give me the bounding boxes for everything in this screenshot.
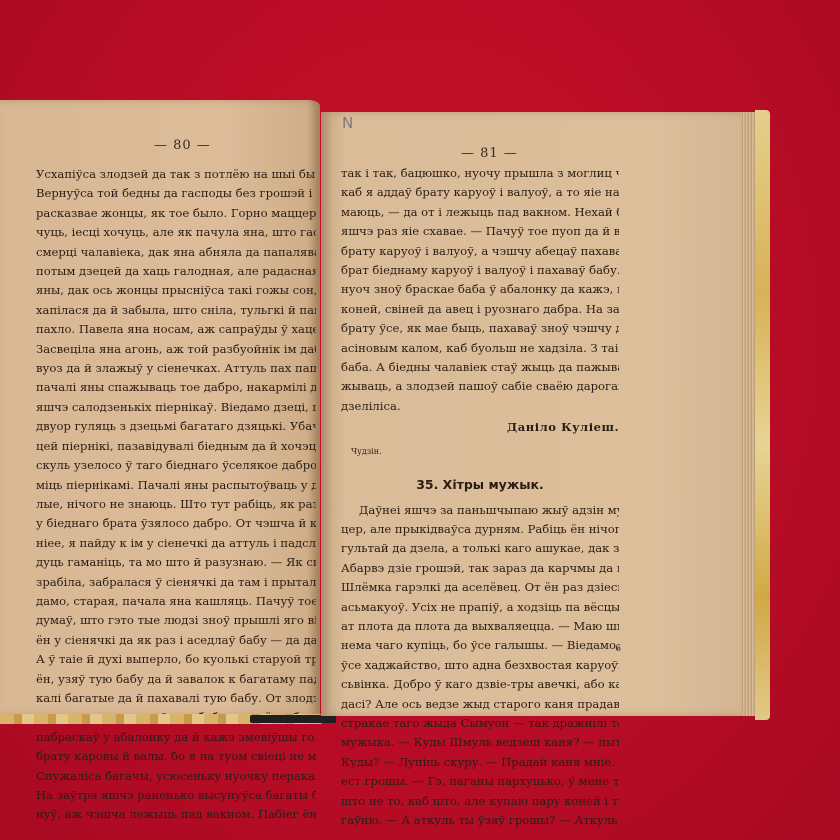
left-page: — 80 — Усхапіўса злодзей да так з потлёю… (0, 100, 320, 716)
text-line: вуоз да й злажыў у сіенечках. Аттуль пах… (36, 359, 316, 378)
text-line: цей піернікі, пазавідувалі біедным да й … (36, 437, 316, 456)
text-line: Усхапіўса злодзей да так з потлёю на шыі… (36, 165, 316, 184)
text-line: сьвінка. Добро ў каго дзвіе-тры авечкі, … (341, 675, 619, 694)
text-line: брату каровы й валы, бо я на туом свіеці… (36, 747, 316, 766)
section-heading: 35. Хітры мужык. (341, 475, 619, 494)
text-line: скуль узелосо ў таго біеднаго ўселякое д… (36, 456, 316, 475)
text-line: потым дзецей да хаць галодная, але радас… (36, 262, 316, 281)
text-line: стракае таго жыда Сымуон — так дражнілі … (341, 714, 619, 733)
text-line: цер, але прыкідваўса дурням. Рабіць ён н… (341, 520, 619, 539)
text-line: пачалі яны спажываць тое дабро, накарміл… (36, 378, 316, 397)
text-line: асіновым калом, каб буольш не хадзіла. З… (341, 339, 619, 358)
text-line: асьмакуоў. Усіх не прапіў, а ходзіць па … (341, 598, 619, 617)
signature-mark: 6 (615, 644, 621, 654)
text-line: што не то, каб што, але купаю пару коней… (341, 792, 619, 811)
text-line: Абарвэ дзіе грошэй, так зараз да карчмы … (341, 559, 619, 578)
text-line: нуоч зноў браскае баба ў абалонку да каж… (341, 280, 619, 299)
text-line: мужыка. — Куды Шмуль ведзеш каня? — пыта… (341, 733, 619, 752)
text-line: Засвеціла яна агонь, аж той разбуойнік і… (36, 340, 316, 359)
right-page-text: так і так, бацюшко, нуочу прышла з могли… (341, 164, 619, 830)
text-line: ат плота да плота да выхваляецца. — Маю … (341, 617, 619, 636)
text-line: нема чаго купіць, бо ўсе галышы. — Віеда… (341, 636, 619, 655)
text-line: гультай да дзела, а толькі каго ашукае, … (341, 539, 619, 558)
text-line: маюць, — да от і лежыць пад вакном. Неха… (341, 203, 619, 222)
source-note: Чудзін. (351, 442, 619, 461)
text-line: Даўнеі яшчэ за паньшчыпаю жыў адзін мужы… (341, 501, 619, 520)
text-line: дзеліліса. (341, 397, 619, 416)
text-line: чуць, іесці хочуць, але як пачула яна, ш… (36, 223, 316, 242)
cover-edge-right (755, 110, 770, 720)
text-line: брат біеднаму каруоў і валуоў і пахаваў … (341, 261, 619, 280)
text-line: На заўтра яшчэ раненько высунуўса багаты… (36, 786, 316, 805)
text-line: Спужаліса багачы, усюсеньку нуочку перак… (36, 767, 316, 786)
text-line: пахло. Павела яна носам, аж сапраўды ў х… (36, 320, 316, 339)
pencil-mark: N (342, 114, 353, 132)
text-line: дамо, старая, пачала яна кашляць. Пачуў … (36, 592, 316, 611)
text-line: ніее, я пайду к ім у сіенечкі да аттуль … (36, 534, 316, 553)
text-line: так і так, бацюшко, нуочу прышла з могли… (341, 164, 619, 183)
page-stack (741, 112, 755, 716)
text-line: Вернуўса той бедны да гасподы без грошэй… (36, 184, 316, 203)
text-line: брату ўсе, як мае быць, пахаваў зноў чэш… (341, 319, 619, 338)
text-line: гаўню. — А аткуль ты ўзяў грошы? — Аткул… (341, 811, 619, 830)
black-tape (250, 715, 336, 723)
text-line: думаў, што гэто тые людзі зноў прышлі яг… (36, 611, 316, 630)
text-line: ест грошы. — Гэ, паганы пархуцько, ў мен… (341, 772, 619, 791)
text-line: расказвае жонцы, як тое было. Горно мацц… (36, 204, 316, 223)
text-line: пабраскаў у абалонку да й кажэ змевіўшы … (36, 728, 316, 747)
text-line: хапілася да й забыла, што сніла, тульгкі… (36, 301, 316, 320)
text-line: яны, дак ось жонцы прысніўса такі гожы с… (36, 281, 316, 300)
text-line: ён, узяў тую бабу да й завалок к багатам… (36, 670, 316, 689)
text-line: у біеднаго брата ўзялосо дабро. От чэшча… (36, 514, 316, 533)
text-line: А ў таіе й духі выперло, бо куолькі стар… (36, 650, 316, 669)
text-line: двуор гуляць з дзецьмі багатаго дзяцькі.… (36, 417, 316, 436)
text-line: зрабіла, забралася ў сіенячкі да там і п… (36, 573, 316, 592)
text-line: ён у сіенячкі да як раз і аседлаў бабу —… (36, 631, 316, 650)
right-page: — 81 — так і так, бацюшко, нуочу прышла … (321, 112, 741, 716)
open-book: — 80 — Усхапіўса злодзей да так з потлёю… (0, 98, 770, 724)
text-line: ўсе хаджайство, што адна безхвостая кару… (341, 656, 619, 675)
text-line: дасі? Але ось ведзе жыд старого каня пра… (341, 695, 619, 714)
text-line: яшчэ салодзенькіх піернікаў. Віедамо дзе… (36, 398, 316, 417)
text-line: дуць гаманіць, та мо што й разузнаю. — Я… (36, 553, 316, 572)
author-signature: Даніло Куліеш. (341, 418, 619, 437)
text-line: баба. А біедны чалавіек стаў жыць да паж… (341, 358, 619, 377)
text-line: яшчэ раз яіе схавае. — Пачуў тое пуоп да… (341, 222, 619, 241)
page-number-left: — 80 — (154, 138, 211, 153)
text-line: коней, свіней да авец і руознаго дабра. … (341, 300, 619, 319)
text-line: брату каруоў і валуоў, а чэшчу абецаў па… (341, 242, 619, 261)
story-ending: так і так, бацюшко, нуочу прышла з могли… (341, 164, 619, 416)
page-number-right: — 81 — (461, 146, 518, 161)
text-line: Шлёмка гарэлкі да аселёвец. От ён раз дз… (341, 578, 619, 597)
story-text: Даўнеі яшчэ за паньшчыпаю жыў адзін мужы… (341, 501, 619, 831)
text-line: Куды? — Лупіць скуру. — Прадай каня мніе… (341, 753, 619, 772)
text-line: жываць, а злодзей пашоў сабіе сваёю даро… (341, 377, 619, 396)
text-line: нуў, аж чэшча лежыць пад вакном. Пабіег … (36, 805, 316, 824)
text-line: калі багатые да й пахавалі тую бабу. От … (36, 689, 316, 708)
text-line: каб я аддаў брату каруоў і валуоў, а то … (341, 183, 619, 202)
text-line: міць піернікамі. Пачалі яны распытоўваць… (36, 476, 316, 495)
text-line: лые, нічого не знаюць. Што тут рабіць, я… (36, 495, 316, 514)
text-line: смерці чалавіека, дак яна абняла да папа… (36, 243, 316, 262)
left-page-text: Усхапіўса злодзей да так з потлёю на шыі… (36, 165, 316, 825)
